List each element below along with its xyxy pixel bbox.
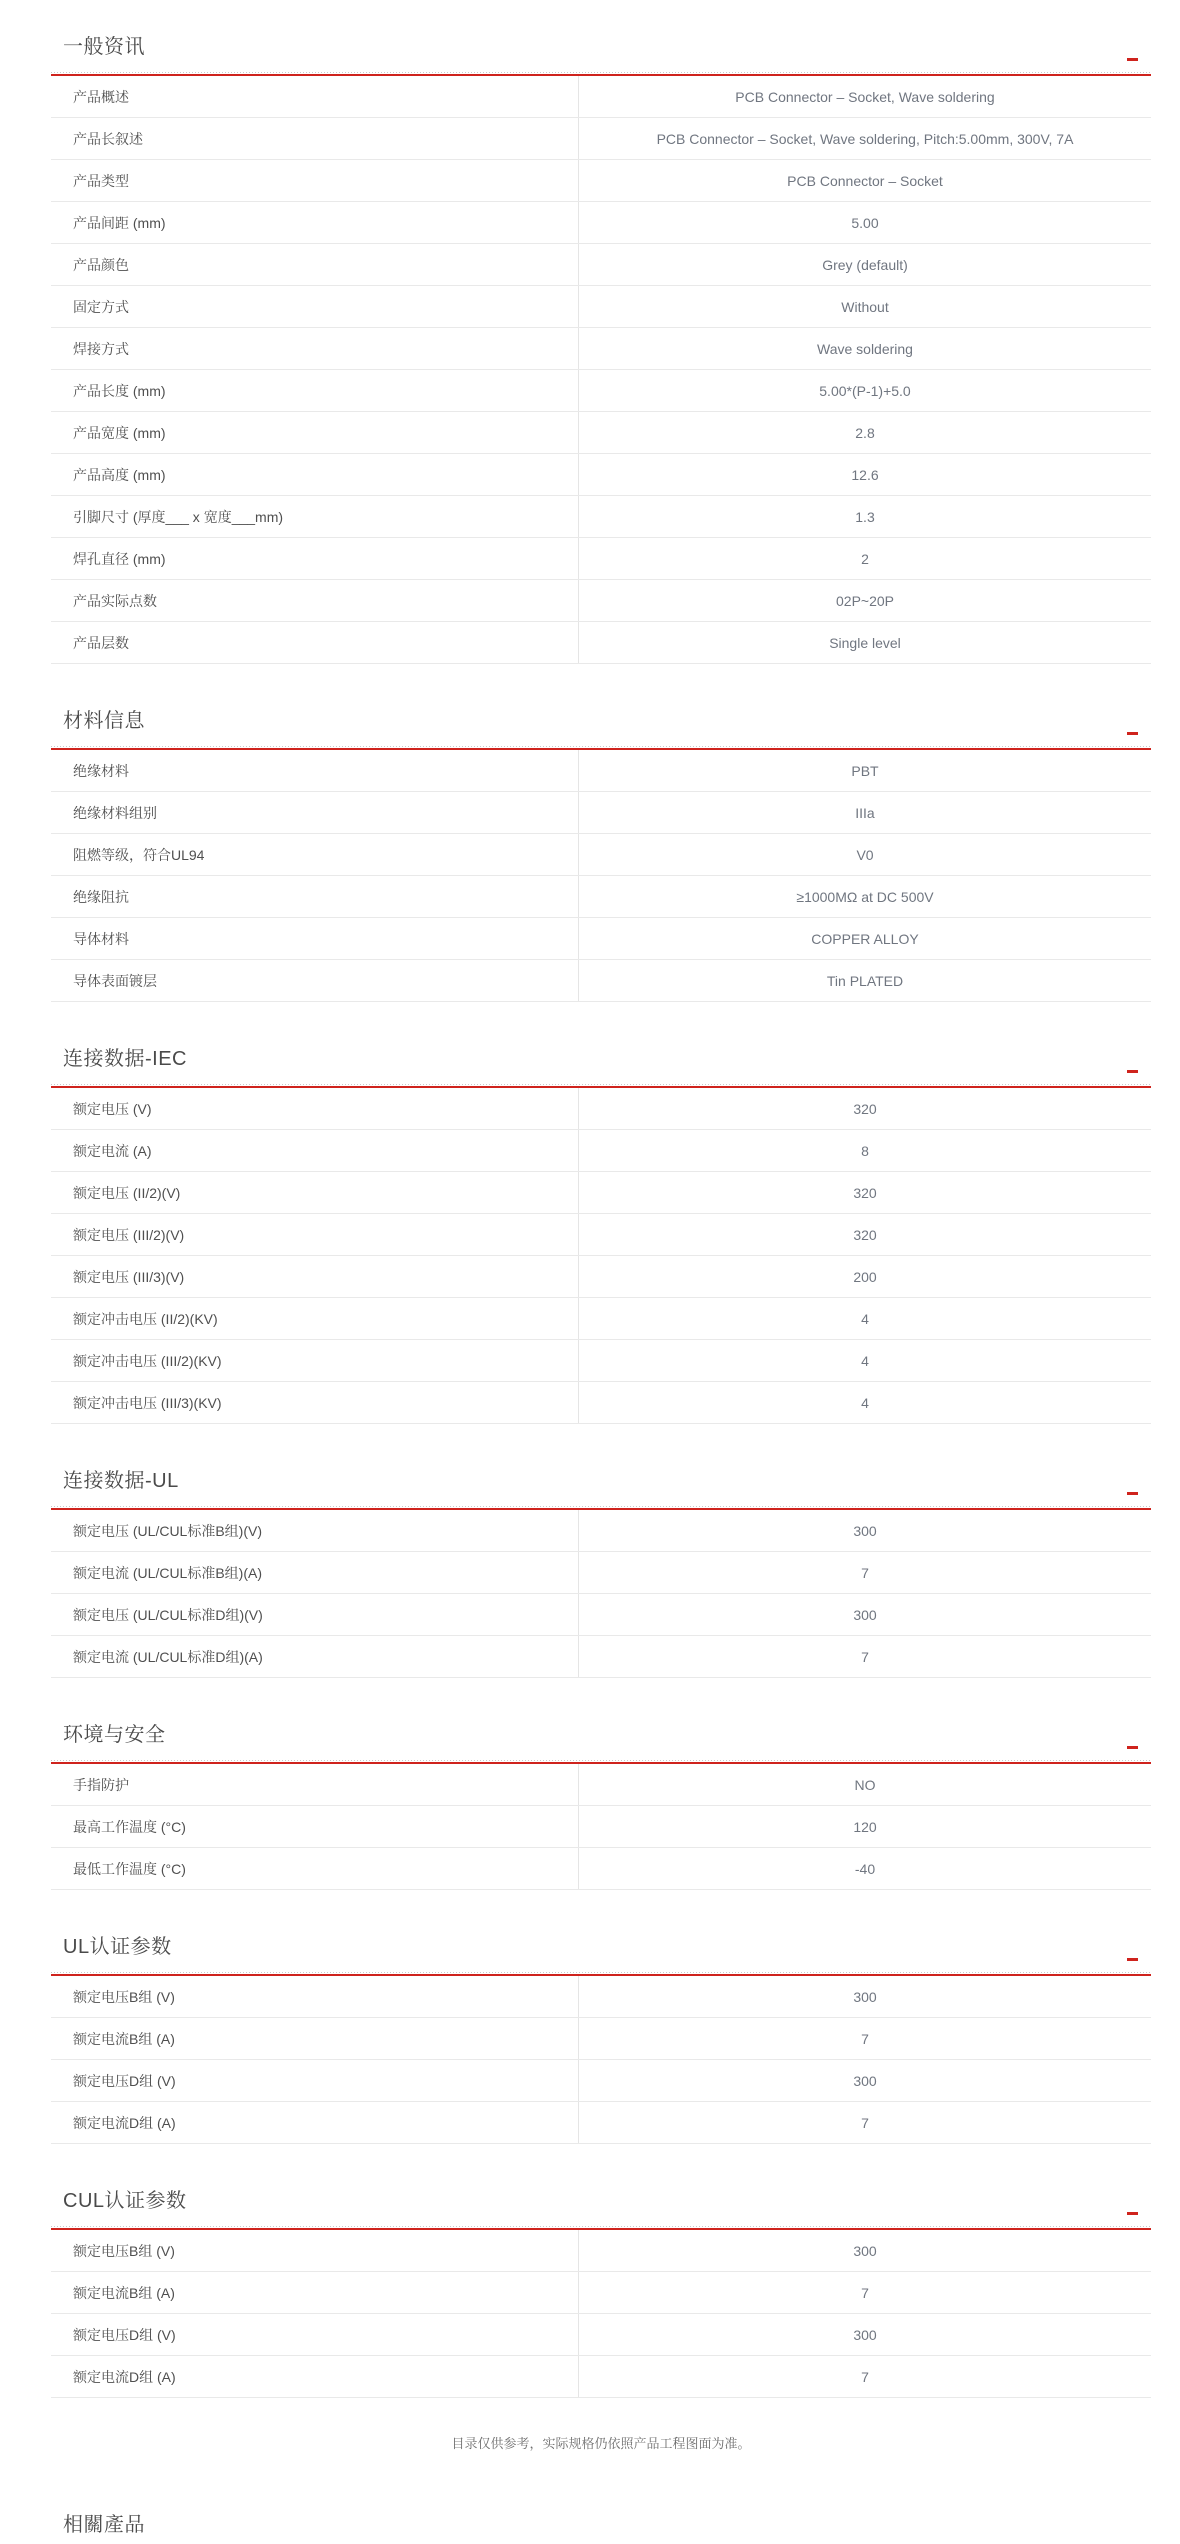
row-value: 1.3 <box>579 496 1151 537</box>
row-label: 额定电流D组 (A) <box>51 2356 579 2397</box>
table-row: 产品实际点数02P~20P <box>51 580 1151 622</box>
minus-icon[interactable] <box>1127 2212 1138 2215</box>
row-label: 导体表面镀层 <box>51 960 579 1001</box>
row-value: 7 <box>579 1552 1151 1593</box>
row-value: 7 <box>579 1636 1151 1677</box>
spec-table: 额定电压B组 (V)300额定电流B组 (A)7额定电压D组 (V)300额定电… <box>51 1976 1151 2144</box>
row-value: 2 <box>579 538 1151 579</box>
table-row: 额定电压 (III/3)(V)200 <box>51 1256 1151 1298</box>
table-row: 额定电压B组 (V)300 <box>51 1976 1151 2018</box>
table-row: 产品颜色Grey (default) <box>51 244 1151 286</box>
table-row: 最低工作温度 (°C)-40 <box>51 1848 1151 1890</box>
row-label: 导体材料 <box>51 918 579 959</box>
table-row: 额定电压D组 (V)300 <box>51 2060 1151 2102</box>
row-value: 8 <box>579 1130 1151 1171</box>
minus-icon[interactable] <box>1127 1746 1138 1749</box>
spec-section: 一般资讯产品概述PCB Connector – Socket, Wave sol… <box>51 34 1151 664</box>
table-row: 额定电压 (V)320 <box>51 1088 1151 1130</box>
row-value: 320 <box>579 1214 1151 1255</box>
table-row: 绝缘阻抗≥1000MΩ at DC 500V <box>51 876 1151 918</box>
row-value: 200 <box>579 1256 1151 1297</box>
table-row: 额定电流B组 (A)7 <box>51 2272 1151 2314</box>
table-row: 额定冲击电压 (III/3)(KV)4 <box>51 1382 1151 1424</box>
row-label: 额定电压D组 (V) <box>51 2314 579 2355</box>
row-value: Wave soldering <box>579 328 1151 369</box>
row-value: 320 <box>579 1172 1151 1213</box>
spec-table: 产品概述PCB Connector – Socket, Wave solderi… <box>51 76 1151 664</box>
row-value: Single level <box>579 622 1151 663</box>
row-label: 额定冲击电压 (III/3)(KV) <box>51 1382 579 1423</box>
table-row: 产品类型PCB Connector – Socket <box>51 160 1151 202</box>
table-row: 产品宽度 (mm)2.8 <box>51 412 1151 454</box>
row-label: 焊接方式 <box>51 328 579 369</box>
row-label: 绝缘材料组别 <box>51 792 579 833</box>
minus-icon[interactable] <box>1127 732 1138 735</box>
spec-content: 一般资讯产品概述PCB Connector – Socket, Wave sol… <box>51 34 1151 2538</box>
minus-icon[interactable] <box>1127 58 1138 61</box>
row-value: 120 <box>579 1806 1151 1847</box>
row-value: Without <box>579 286 1151 327</box>
section-header: 材料信息 <box>51 708 1151 746</box>
table-row: 导体材料COPPER ALLOY <box>51 918 1151 960</box>
section-header: 环境与安全 <box>51 1722 1151 1760</box>
row-value: 300 <box>579 1594 1151 1635</box>
row-value: 4 <box>579 1382 1151 1423</box>
row-value: IIIa <box>579 792 1151 833</box>
spec-table: 额定电压B组 (V)300额定电流B组 (A)7额定电压D组 (V)300额定电… <box>51 2230 1151 2398</box>
row-value: 2.8 <box>579 412 1151 453</box>
table-row: 引脚尺寸 (厚度___ x 宽度___mm)1.3 <box>51 496 1151 538</box>
minus-icon[interactable] <box>1127 1492 1138 1495</box>
spec-section: UL认证参数额定电压B组 (V)300额定电流B组 (A)7额定电压D组 (V)… <box>51 1934 1151 2144</box>
table-row: 额定冲击电压 (II/2)(KV)4 <box>51 1298 1151 1340</box>
row-label: 固定方式 <box>51 286 579 327</box>
row-label: 产品概述 <box>51 76 579 117</box>
section-header: 连接数据-UL <box>51 1468 1151 1506</box>
section-title: UL认证参数 <box>51 1934 1151 1960</box>
section-title: 连接数据-IEC <box>51 1046 1151 1072</box>
row-value: 02P~20P <box>579 580 1151 621</box>
row-value: 300 <box>579 2060 1151 2101</box>
table-row: 产品间距 (mm)5.00 <box>51 202 1151 244</box>
row-label: 焊孔直径 (mm) <box>51 538 579 579</box>
spec-section: CUL认证参数额定电压B组 (V)300额定电流B组 (A)7额定电压D组 (V… <box>51 2188 1151 2398</box>
section-title: CUL认证参数 <box>51 2188 1151 2214</box>
row-label: 额定电流 (UL/CUL标准B组)(A) <box>51 1552 579 1593</box>
row-label: 额定电流B组 (A) <box>51 2272 579 2313</box>
row-label: 额定电压B组 (V) <box>51 1976 579 2017</box>
row-label: 额定电压 (III/2)(V) <box>51 1214 579 1255</box>
row-label: 额定电压B组 (V) <box>51 2230 579 2271</box>
row-value: 4 <box>579 1298 1151 1339</box>
row-value: COPPER ALLOY <box>579 918 1151 959</box>
row-label: 最高工作温度 (°C) <box>51 1806 579 1847</box>
table-row: 额定电压 (UL/CUL标准D组)(V)300 <box>51 1594 1151 1636</box>
row-value: 300 <box>579 1976 1151 2017</box>
spec-page: 一般资讯产品概述PCB Connector – Socket, Wave sol… <box>0 0 1180 2538</box>
row-value: 7 <box>579 2018 1151 2059</box>
row-label: 额定冲击电压 (II/2)(KV) <box>51 1298 579 1339</box>
row-value: PBT <box>579 750 1151 791</box>
row-label: 产品实际点数 <box>51 580 579 621</box>
table-row: 阻燃等级，符合UL94V0 <box>51 834 1151 876</box>
section-title: 连接数据-UL <box>51 1468 1151 1494</box>
table-row: 焊接方式Wave soldering <box>51 328 1151 370</box>
spec-section: 材料信息绝缘材料PBT绝缘材料组别IIIa阻燃等级，符合UL94V0绝缘阻抗≥1… <box>51 708 1151 1002</box>
row-label: 额定电流D组 (A) <box>51 2102 579 2143</box>
row-value: V0 <box>579 834 1151 875</box>
row-label: 产品长度 (mm) <box>51 370 579 411</box>
row-value: NO <box>579 1764 1151 1805</box>
row-label: 额定电流B组 (A) <box>51 2018 579 2059</box>
table-row: 额定电流B组 (A)7 <box>51 2018 1151 2060</box>
row-label: 产品间距 (mm) <box>51 202 579 243</box>
table-row: 产品概述PCB Connector – Socket, Wave solderi… <box>51 76 1151 118</box>
section-header: CUL认证参数 <box>51 2188 1151 2226</box>
row-label: 额定冲击电压 (III/2)(KV) <box>51 1340 579 1381</box>
row-value: 300 <box>579 1510 1151 1551</box>
table-row: 固定方式Without <box>51 286 1151 328</box>
row-label: 阻燃等级，符合UL94 <box>51 834 579 875</box>
row-label: 引脚尺寸 (厚度___ x 宽度___mm) <box>51 496 579 537</box>
row-value: 5.00 <box>579 202 1151 243</box>
row-value: 7 <box>579 2102 1151 2143</box>
section-title: 环境与安全 <box>51 1722 1151 1748</box>
row-label: 额定电压 (II/2)(V) <box>51 1172 579 1213</box>
spec-table: 手指防护NO最高工作温度 (°C)120最低工作温度 (°C)-40 <box>51 1764 1151 1890</box>
table-row: 产品层数Single level <box>51 622 1151 664</box>
related-products-title: 相關產品 <box>51 2512 1151 2538</box>
minus-icon[interactable] <box>1127 1070 1138 1073</box>
row-label: 额定电压 (UL/CUL标准B组)(V) <box>51 1510 579 1551</box>
table-row: 额定电压 (III/2)(V)320 <box>51 1214 1151 1256</box>
row-label: 产品颜色 <box>51 244 579 285</box>
spec-sections: 一般资讯产品概述PCB Connector – Socket, Wave sol… <box>51 34 1151 2398</box>
spec-section: 连接数据-UL额定电压 (UL/CUL标准B组)(V)300额定电流 (UL/C… <box>51 1468 1151 1678</box>
spec-table: 额定电压 (V)320额定电流 (A)8额定电压 (II/2)(V)320额定电… <box>51 1088 1151 1424</box>
row-label: 产品层数 <box>51 622 579 663</box>
disclaimer-note: 目录仅供参考，实际规格仍依照产品工程图面为准。 <box>51 2434 1151 2454</box>
row-value: 300 <box>579 2230 1151 2271</box>
row-label: 额定电压 (III/3)(V) <box>51 1256 579 1297</box>
table-row: 绝缘材料组别IIIa <box>51 792 1151 834</box>
row-label: 绝缘阻抗 <box>51 876 579 917</box>
table-row: 额定冲击电压 (III/2)(KV)4 <box>51 1340 1151 1382</box>
row-value: 4 <box>579 1340 1151 1381</box>
spec-table: 绝缘材料PBT绝缘材料组别IIIa阻燃等级，符合UL94V0绝缘阻抗≥1000M… <box>51 750 1151 1002</box>
row-value: -40 <box>579 1848 1151 1889</box>
row-label: 额定电压D组 (V) <box>51 2060 579 2101</box>
table-row: 额定电流 (UL/CUL标准B组)(A)7 <box>51 1552 1151 1594</box>
row-value: Grey (default) <box>579 244 1151 285</box>
table-row: 额定电压B组 (V)300 <box>51 2230 1151 2272</box>
row-value: 320 <box>579 1088 1151 1129</box>
section-header: 连接数据-IEC <box>51 1046 1151 1084</box>
table-row: 额定电流D组 (A)7 <box>51 2356 1151 2398</box>
spec-table: 额定电压 (UL/CUL标准B组)(V)300额定电流 (UL/CUL标准B组)… <box>51 1510 1151 1678</box>
row-label: 额定电流 (UL/CUL标准D组)(A) <box>51 1636 579 1677</box>
table-row: 产品长叙述PCB Connector – Socket, Wave solder… <box>51 118 1151 160</box>
minus-icon[interactable] <box>1127 1958 1138 1961</box>
table-row: 额定电流 (UL/CUL标准D组)(A)7 <box>51 1636 1151 1678</box>
row-value: 12.6 <box>579 454 1151 495</box>
row-value: 300 <box>579 2314 1151 2355</box>
table-row: 额定电压 (UL/CUL标准B组)(V)300 <box>51 1510 1151 1552</box>
row-value: 7 <box>579 2272 1151 2313</box>
table-row: 绝缘材料PBT <box>51 750 1151 792</box>
section-title: 材料信息 <box>51 708 1151 734</box>
row-label: 最低工作温度 (°C) <box>51 1848 579 1889</box>
row-value: PCB Connector – Socket, Wave soldering <box>579 76 1151 117</box>
section-title: 一般资讯 <box>51 34 1151 60</box>
row-label: 手指防护 <box>51 1764 579 1805</box>
table-row: 额定电流D组 (A)7 <box>51 2102 1151 2144</box>
row-value: PCB Connector – Socket <box>579 160 1151 201</box>
row-label: 额定电压 (V) <box>51 1088 579 1129</box>
table-row: 产品高度 (mm)12.6 <box>51 454 1151 496</box>
row-value: Tin PLATED <box>579 960 1151 1001</box>
section-header: 一般资讯 <box>51 34 1151 72</box>
table-row: 手指防护NO <box>51 1764 1151 1806</box>
table-row: 最高工作温度 (°C)120 <box>51 1806 1151 1848</box>
row-value: 5.00*(P-1)+5.0 <box>579 370 1151 411</box>
row-label: 额定电流 (A) <box>51 1130 579 1171</box>
spec-section: 环境与安全手指防护NO最高工作温度 (°C)120最低工作温度 (°C)-40 <box>51 1722 1151 1890</box>
row-label: 额定电压 (UL/CUL标准D组)(V) <box>51 1594 579 1635</box>
table-row: 导体表面镀层Tin PLATED <box>51 960 1151 1002</box>
table-row: 焊孔直径 (mm)2 <box>51 538 1151 580</box>
row-value: ≥1000MΩ at DC 500V <box>579 876 1151 917</box>
row-value: 7 <box>579 2356 1151 2397</box>
table-row: 额定电流 (A)8 <box>51 1130 1151 1172</box>
spec-section: 连接数据-IEC额定电压 (V)320额定电流 (A)8额定电压 (II/2)(… <box>51 1046 1151 1424</box>
table-row: 产品长度 (mm)5.00*(P-1)+5.0 <box>51 370 1151 412</box>
row-label: 产品宽度 (mm) <box>51 412 579 453</box>
row-label: 产品类型 <box>51 160 579 201</box>
row-label: 绝缘材料 <box>51 750 579 791</box>
row-label: 产品长叙述 <box>51 118 579 159</box>
section-header: UL认证参数 <box>51 1934 1151 1972</box>
table-row: 额定电压D组 (V)300 <box>51 2314 1151 2356</box>
row-value: PCB Connector – Socket, Wave soldering, … <box>579 118 1151 159</box>
row-label: 产品高度 (mm) <box>51 454 579 495</box>
table-row: 额定电压 (II/2)(V)320 <box>51 1172 1151 1214</box>
